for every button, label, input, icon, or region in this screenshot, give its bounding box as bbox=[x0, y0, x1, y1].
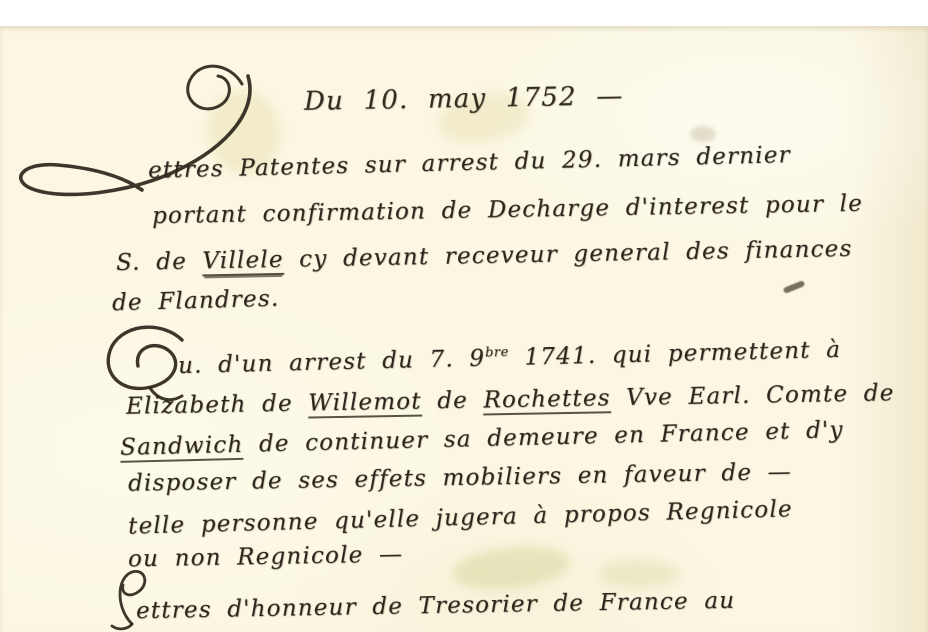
underlined-willemot: Willemot bbox=[308, 389, 422, 419]
superscript-bre: bre bbox=[485, 345, 509, 361]
manuscript-line: de Flandres. bbox=[112, 286, 280, 317]
manuscript-scan: Du 10. may 1752 — L L ettres Patentes su… bbox=[0, 0, 928, 632]
line-text: Vve Earl. Comte de bbox=[610, 380, 894, 411]
manuscript-line: ou non Regnicole — bbox=[128, 542, 404, 573]
date-heading: Du 10. may 1752 — bbox=[304, 81, 624, 117]
bleedthrough-mark bbox=[598, 560, 680, 588]
line-text: ou non Regnicole — bbox=[128, 542, 404, 573]
line-text: de bbox=[421, 387, 483, 414]
initial-flourish-L bbox=[6, 50, 266, 210]
underlined-rochettes: Rochettes bbox=[483, 385, 611, 415]
underlined-sandwich: Sandwich bbox=[120, 432, 244, 463]
line-text: S. de bbox=[116, 248, 203, 276]
line-text: Elizabeth de bbox=[126, 391, 309, 420]
line-text: de Flandres. bbox=[112, 286, 280, 317]
underlined-villele: Villele bbox=[202, 247, 284, 277]
bleedthrough-mark bbox=[690, 126, 716, 142]
